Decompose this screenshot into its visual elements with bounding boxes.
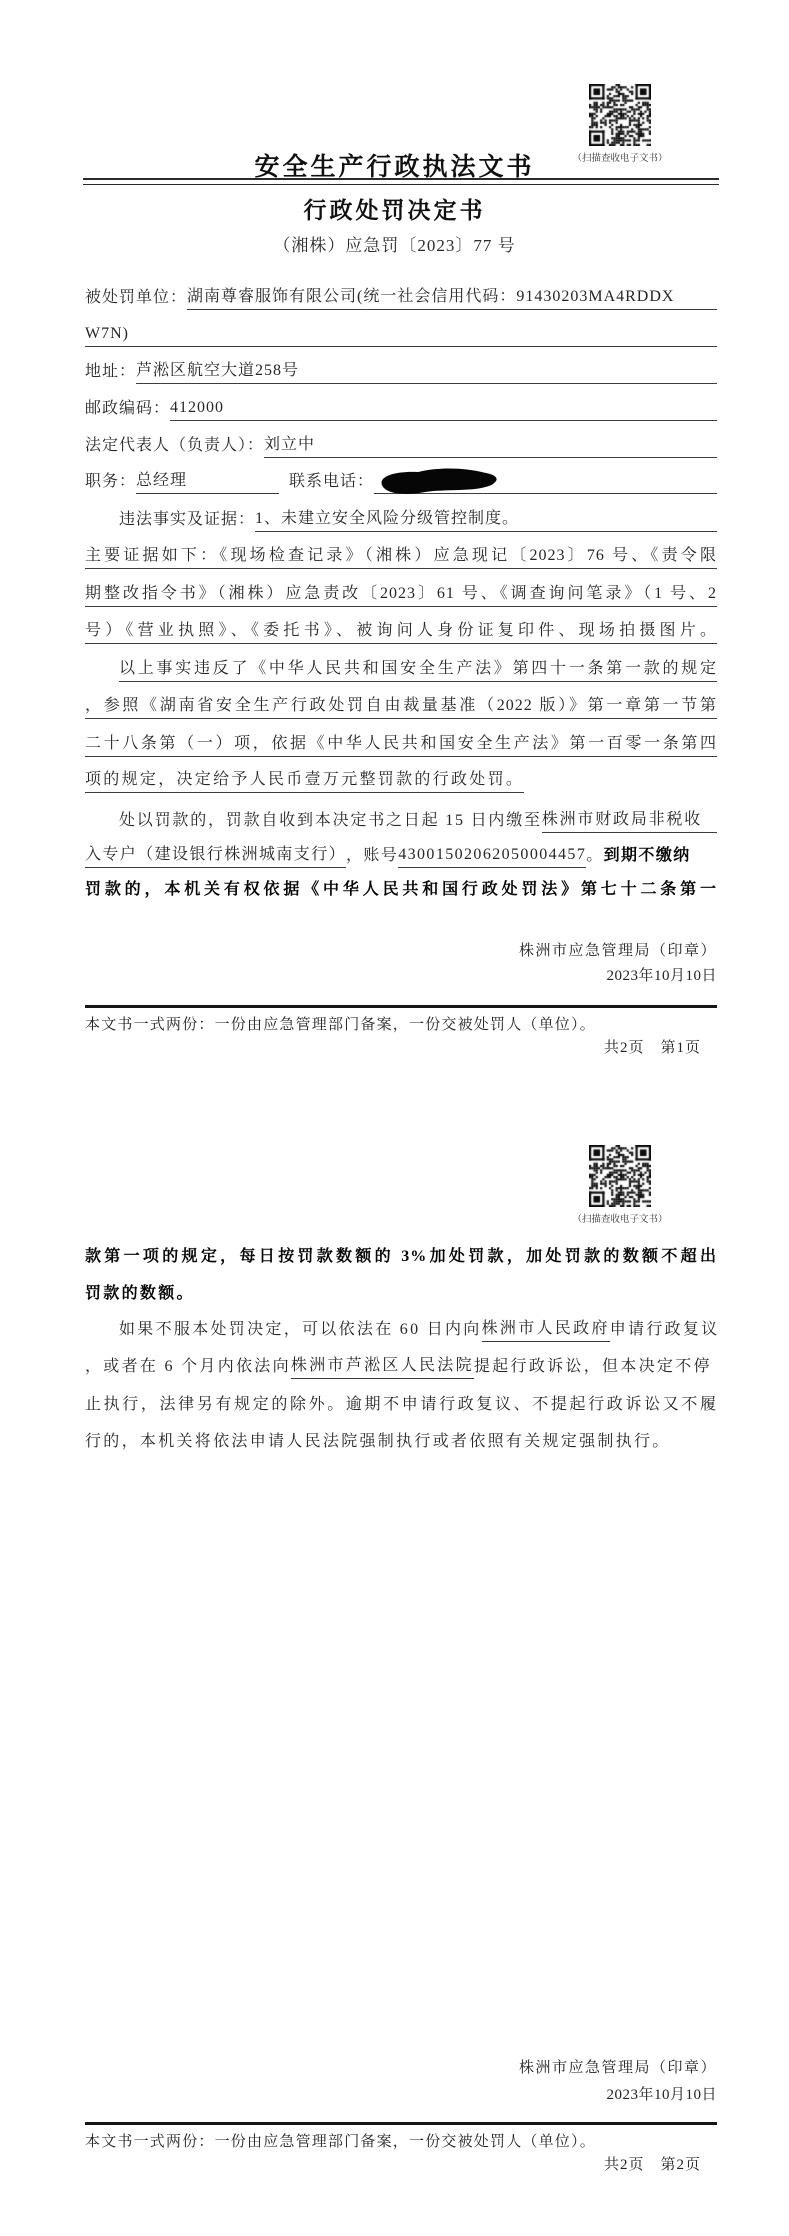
issuing-agency: 株洲市应急管理局（印章） bbox=[85, 2056, 731, 2077]
appeal-text: ，或者在 6 个月内依法向 bbox=[85, 1355, 291, 1379]
appeal-text: 提起行政诉讼，但本决定不停 bbox=[474, 1355, 712, 1379]
line-spacer bbox=[671, 1428, 717, 1454]
appeal-line: 行的，本机关将依法申请人民法院强制执行或者依照有关规定强制执行。 bbox=[85, 1428, 717, 1454]
appeal-court: 株洲市芦淞区人民法院 bbox=[291, 1354, 474, 1379]
scanned-document: （扫描查收电子文书） 安全生产行政执法文书 行政处罚决定书 （湘株）应急罚〔20… bbox=[0, 0, 789, 2236]
appeal-authority: 株洲市人民政府 bbox=[482, 1317, 610, 1342]
footer-note: 本文书一式两份：一份由应急管理部门备案，一份交被处罚人（单位）。 bbox=[85, 2130, 717, 2151]
issue-date: 2023年10月10日 bbox=[85, 2083, 774, 2104]
appeal-line: ，或者在 6 个月内依法向 株洲市芦淞区人民法院 提起行政诉讼，但本决定不停 bbox=[85, 1353, 717, 1379]
appeal-line: 止执行，法律另有规定的除外。逾期不申请行政复议、不提起行政诉讼又不履 bbox=[85, 1391, 717, 1417]
qr-caption: （扫描查收电子文书） bbox=[540, 1211, 700, 1225]
line-spacer bbox=[712, 1353, 717, 1379]
appeal-text: 申请行政复议 bbox=[610, 1318, 720, 1342]
line-spacer bbox=[195, 1280, 717, 1306]
qr-code bbox=[589, 1145, 651, 1207]
page-indicator-text: 共2页 第2页 bbox=[604, 2153, 717, 2174]
appeal-text: 行的，本机关将依法申请人民法院强制执行或者依照有关规定强制执行。 bbox=[85, 1430, 671, 1454]
page-indicator: 共2页 第2页 bbox=[85, 2153, 717, 2174]
warning-text: 罚款的数额。 bbox=[85, 1282, 195, 1306]
warning-text: 款第一项的规定，每日按罚款数额的 3%加处罚款，加处罚款的数额不超出 bbox=[85, 1245, 717, 1269]
warning-continuation-line: 罚款的数额。 bbox=[85, 1280, 717, 1306]
page-2: （扫描查收电子文书） 款第一项的规定，每日按罚款数额的 3%加处罚款，加处罚款的… bbox=[0, 0, 789, 2236]
warning-continuation-line: 款第一项的规定，每日按罚款数额的 3%加处罚款，加处罚款的数额不超出 bbox=[85, 1243, 717, 1269]
appeal-text: 如果不服本处罚决定，可以依法在 60 日内向 bbox=[119, 1318, 482, 1342]
footer-rule bbox=[85, 2122, 717, 2125]
appeal-text: 止执行，法律另有规定的除外。逾期不申请行政复议、不提起行政诉讼又不履 bbox=[85, 1393, 717, 1417]
appeal-line: 如果不服本处罚决定，可以依法在 60 日内向 株洲市人民政府 申请行政复议 bbox=[85, 1316, 717, 1342]
